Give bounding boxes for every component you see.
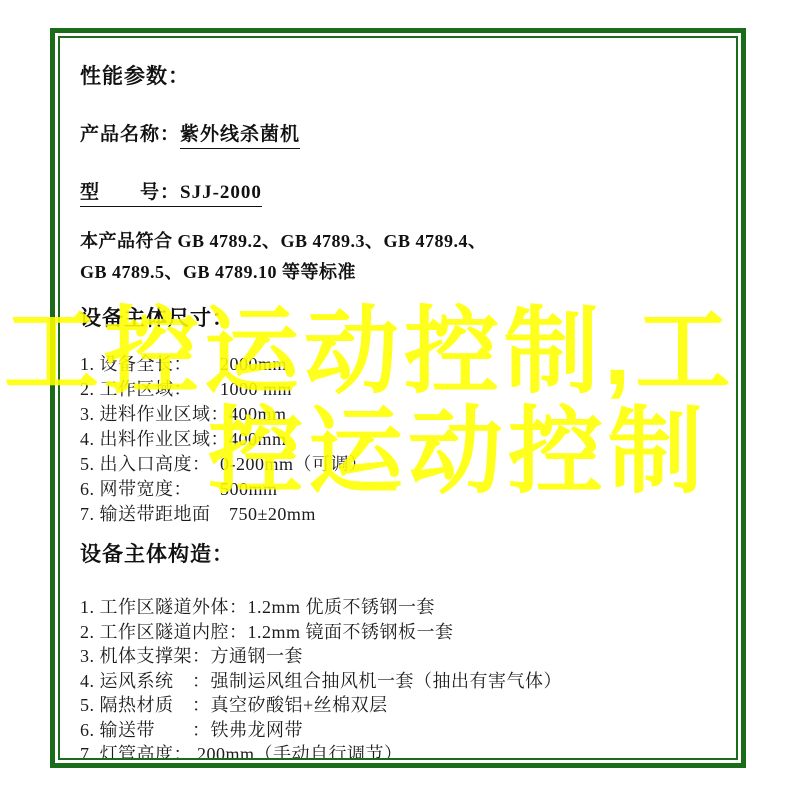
standards-line-2: GB 4789.5、GB 4789.10 等等标准 xyxy=(80,257,722,288)
construction-item: 1. 工作区隧道外体：1.2mm 优质不锈钢一套 xyxy=(80,595,722,620)
construction-item: 6. 输送带 ：铁弗龙网带 xyxy=(80,718,722,743)
dimensions-list: 1. 设备全长： 2000mm 2. 工作区域： 1000 mm 3. 进料作业… xyxy=(80,352,722,527)
standards-line-1: 本产品符合 GB 4789.2、GB 4789.3、GB 4789.4、 xyxy=(80,226,722,257)
model-row: 型 号：SJJ-2000 xyxy=(80,177,722,204)
construction-item: 4. 运风系统 ：强制运风组合抽风机一套（抽出有害气体） xyxy=(80,669,722,694)
dimension-item: 4. 出料作业区域：400mm xyxy=(80,427,722,452)
construction-section-title: 设备主体构造： xyxy=(80,538,722,568)
model-underline-group: 型 号：SJJ-2000 xyxy=(80,182,262,207)
dimensions-section-title: 设备主体尺寸： xyxy=(80,302,722,332)
product-name-value: 紫外线杀菌机 xyxy=(180,124,300,149)
document-frame: 性能参数： 产品名称：紫外线杀菌机 型 号：SJJ-2000 本产品符合 GB … xyxy=(50,28,746,768)
construction-item: 7. 灯管高度： 200mm（手动自行调节） xyxy=(80,742,722,760)
construction-item: 5. 隔热材质 ：真空矽酸铝+丝棉双层 xyxy=(80,693,722,718)
product-name-label: 产品名称： xyxy=(80,124,180,145)
scanned-document-page: 性能参数： 产品名称：紫外线杀菌机 型 号：SJJ-2000 本产品符合 GB … xyxy=(0,0,800,800)
model-label: 型 号： xyxy=(80,182,180,203)
document-frame-inner: 性能参数： 产品名称：紫外线杀菌机 型 号：SJJ-2000 本产品符合 GB … xyxy=(58,36,738,760)
performance-section-title: 性能参数： xyxy=(80,60,722,90)
dimension-item: 3. 进料作业区域：400mm xyxy=(80,402,722,427)
dimension-item: 1. 设备全长： 2000mm xyxy=(80,352,722,377)
dimension-item: 5. 出入口高度： 0-200mm（可调） xyxy=(80,452,722,477)
construction-item: 2. 工作区隧道内腔：1.2mm 镜面不锈钢板一套 xyxy=(80,620,722,645)
model-value: SJJ-2000 xyxy=(180,182,262,203)
construction-item: 3. 机体支撑架：方通钢一套 xyxy=(80,644,722,669)
standards-paragraph: 本产品符合 GB 4789.2、GB 4789.3、GB 4789.4、 GB … xyxy=(80,226,722,288)
dimension-item: 6. 网带宽度： 500mm xyxy=(80,477,722,502)
dimension-item: 2. 工作区域： 1000 mm xyxy=(80,377,722,402)
product-name-row: 产品名称：紫外线杀菌机 xyxy=(80,119,722,146)
construction-list: 1. 工作区隧道外体：1.2mm 优质不锈钢一套 2. 工作区隧道内腔：1.2m… xyxy=(80,595,722,760)
dimension-item: 7. 输送带距地面 750±20mm xyxy=(80,502,722,527)
